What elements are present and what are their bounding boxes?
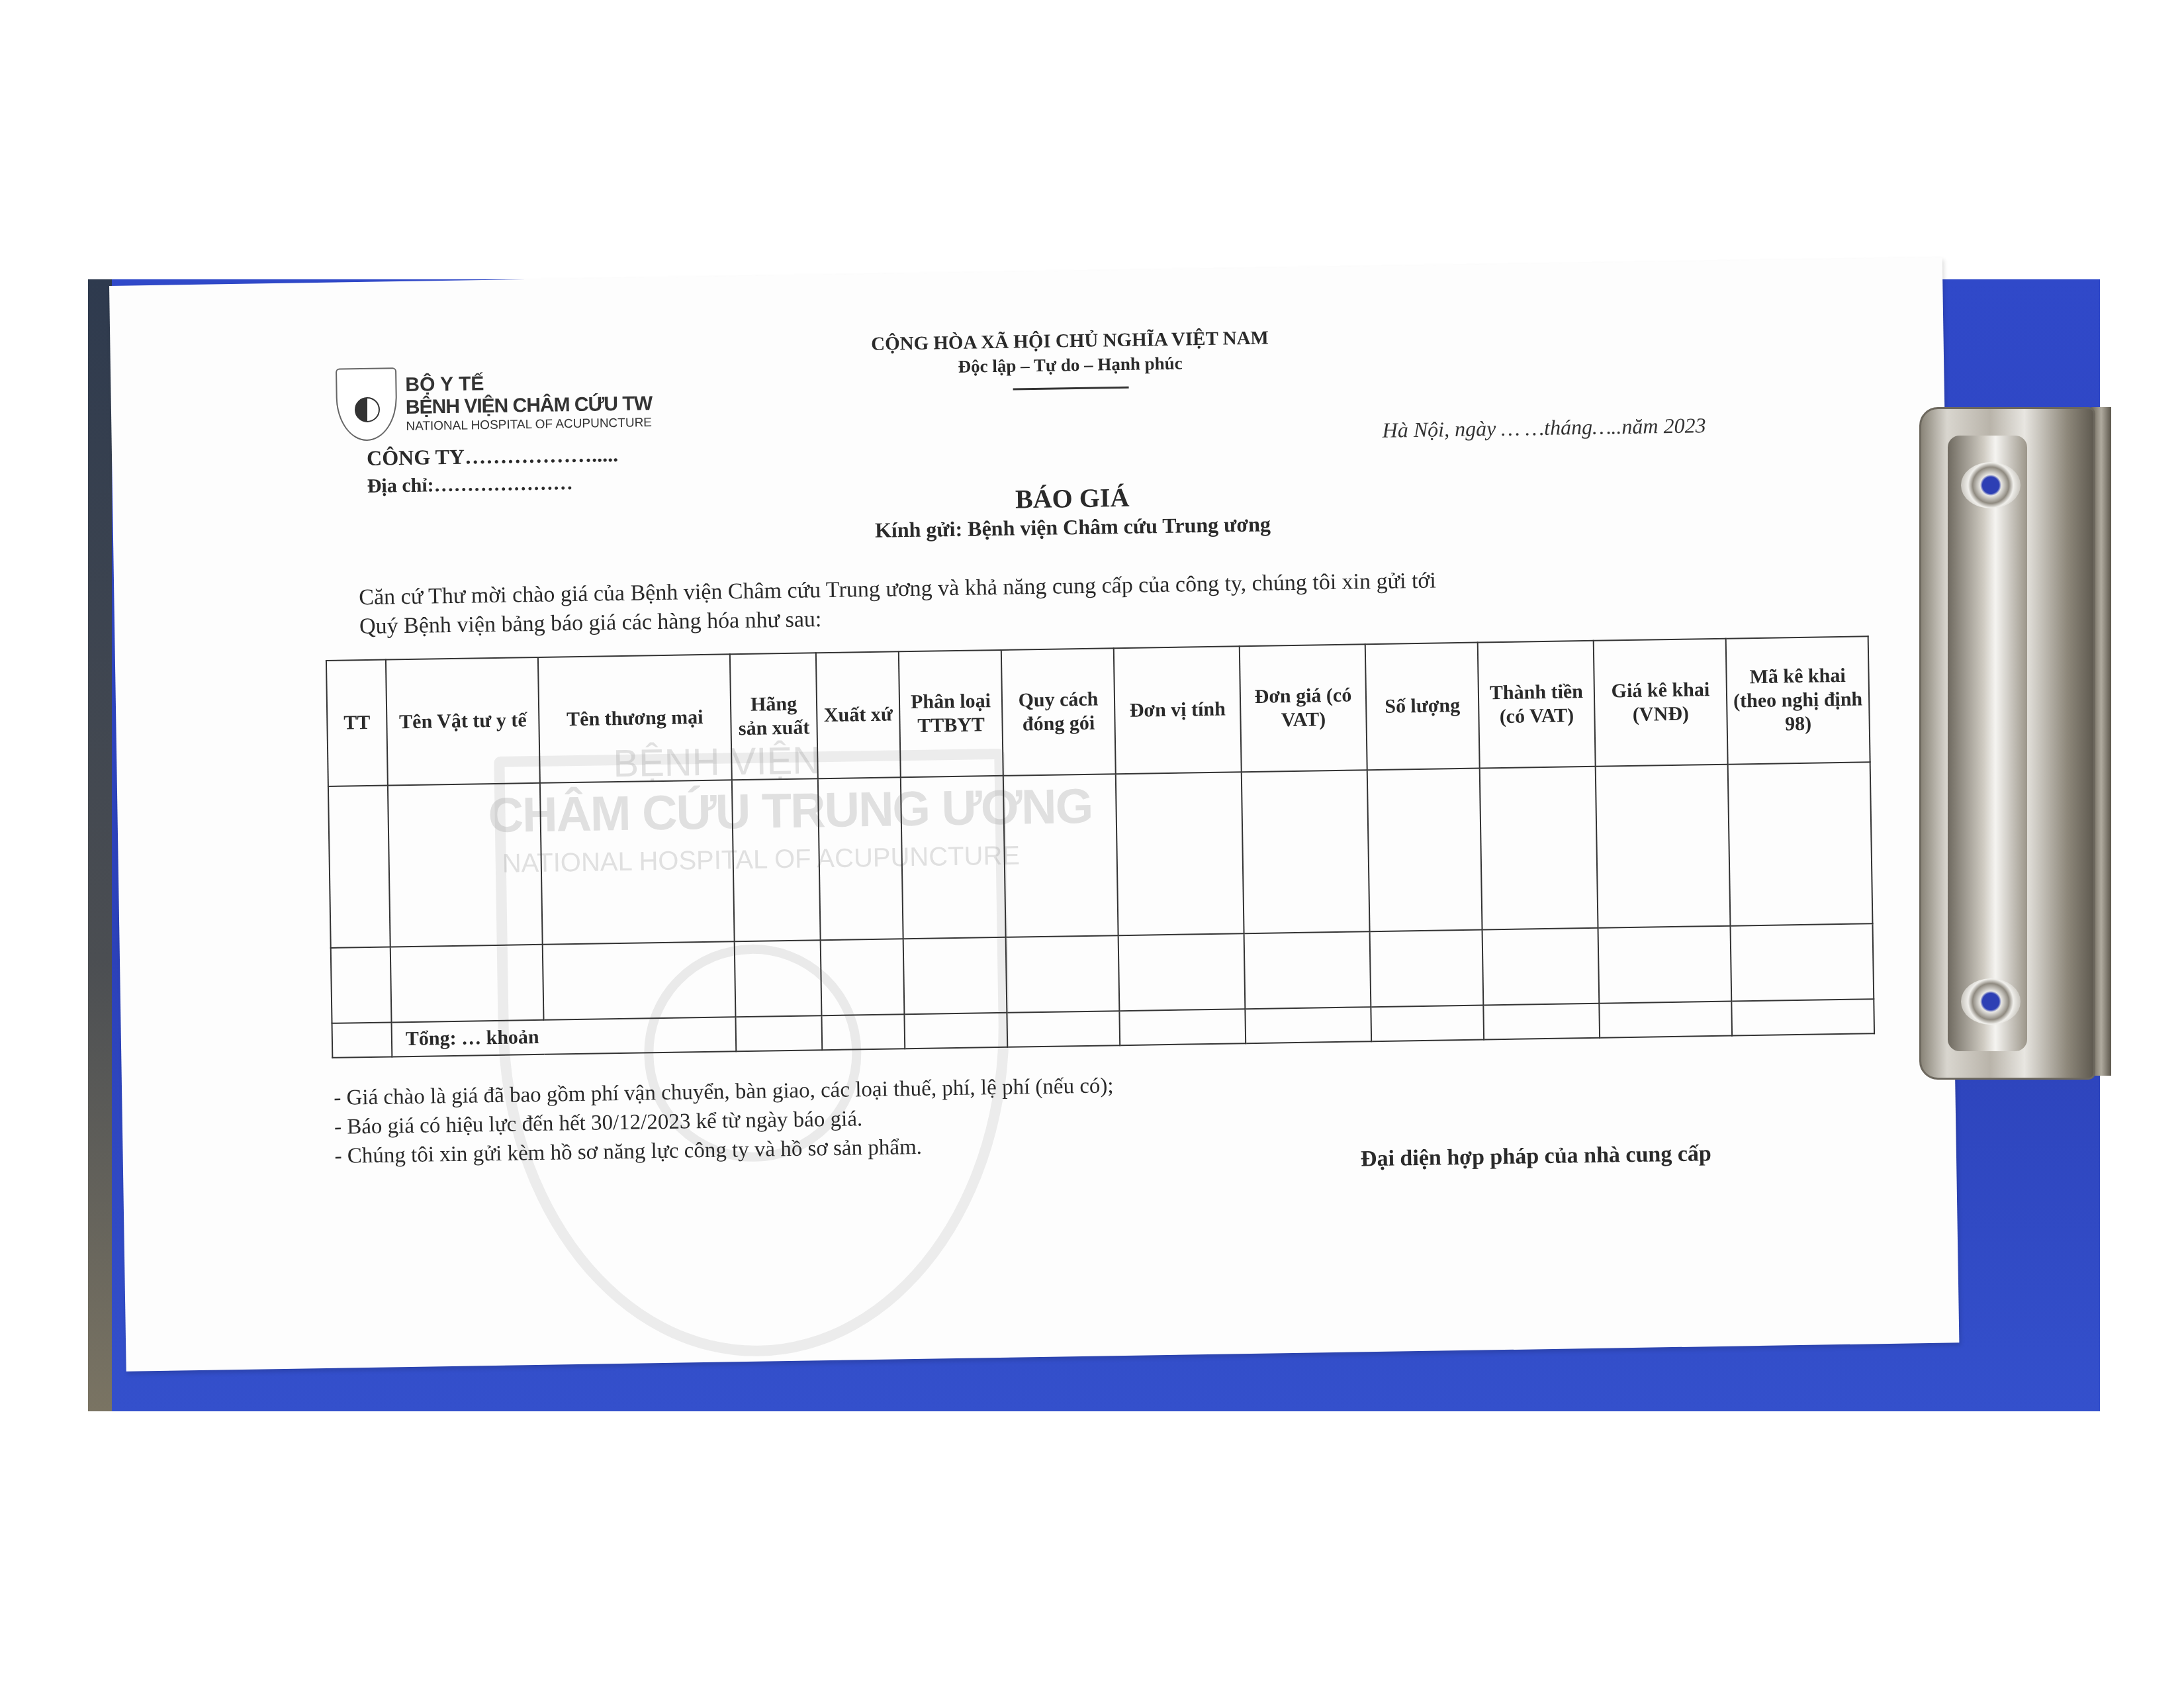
table-cell[interactable]	[1242, 770, 1370, 933]
hospital-name: BỆNH VIỆN CHÂM CỨU TW	[406, 393, 653, 419]
total-cell	[1599, 1002, 1732, 1038]
clipboard-clip	[1919, 407, 2095, 1080]
table-cell[interactable]	[1480, 767, 1598, 930]
total-cell	[1483, 1004, 1600, 1040]
notes-list: - Giá chào là giá đã bao gồm phí vận chu…	[334, 1071, 1115, 1170]
clipboard-edge	[88, 279, 112, 1411]
column-header: Tên thương mại	[538, 654, 732, 783]
table-cell[interactable]	[1244, 931, 1371, 1009]
rivet-icon	[1961, 978, 2021, 1025]
column-header: TT	[326, 660, 388, 786]
total-cell	[904, 1013, 1007, 1049]
table-cell[interactable]	[388, 783, 543, 947]
column-header: Số lượng	[1365, 643, 1480, 771]
table-cell[interactable]	[390, 945, 544, 1023]
hospital-logo-icon	[336, 367, 396, 441]
table-cell[interactable]	[1482, 928, 1600, 1006]
table-cell[interactable]	[1728, 762, 1873, 925]
intro-paragraph: Căn cứ Thư mời chào giá của Bệnh viện Ch…	[359, 561, 1815, 642]
total-index-cell	[332, 1022, 392, 1057]
column-header: Hãng sản xuất	[730, 653, 818, 780]
table-cell[interactable]	[821, 939, 905, 1015]
clip-lever	[1948, 436, 2027, 1051]
column-header: Giá kê khai (VNĐ)	[1594, 639, 1728, 767]
company-field: CÔNG TY……………….....	[367, 442, 618, 471]
total-cell	[1007, 1011, 1120, 1047]
table-cell[interactable]	[543, 941, 736, 1020]
national-header: CỘNG HÒA XÃ HỘI CHỦ NGHĨA VIỆT NAM Độc l…	[772, 326, 1368, 394]
table-cell[interactable]	[732, 778, 821, 941]
date-line: Hà Nội, ngày … …tháng…..năm 2023	[1382, 413, 1706, 443]
quotation-table: TTTên Vật tư y tếTên thương mạiHãng sản …	[326, 635, 1875, 1058]
column-header: Mã kê khai (theo nghị định 98)	[1726, 636, 1870, 764]
hospital-letterhead: BỘ Y TẾ BỆNH VIỆN CHÂM CỨU TW NATIONAL H…	[405, 370, 653, 435]
table-cell[interactable]	[1598, 926, 1732, 1004]
table-cell[interactable]	[735, 940, 822, 1017]
table-cell[interactable]	[1730, 923, 1874, 1001]
table-cell[interactable]	[1370, 930, 1484, 1008]
table-cell[interactable]	[1006, 935, 1120, 1013]
table-cell[interactable]	[818, 777, 903, 940]
table-cell[interactable]	[540, 780, 735, 945]
total-cell	[1119, 1009, 1246, 1045]
total-cell	[1245, 1007, 1371, 1043]
column-header: Quy cách đóng gói	[1001, 648, 1116, 776]
table-cell[interactable]	[903, 937, 1007, 1014]
signature-label: Đại diện hợp pháp của nhà cung cấp	[1361, 1141, 1712, 1172]
table-cell[interactable]	[1596, 765, 1731, 928]
total-cell	[1731, 999, 1874, 1035]
total-cell	[821, 1014, 905, 1050]
document-title-block: BÁO GIÁ Kính gửi: Bệnh viện Châm cứu Tru…	[774, 478, 1371, 544]
header-divider	[1013, 387, 1128, 391]
table-row	[328, 762, 1873, 948]
table-cell[interactable]	[1118, 933, 1246, 1011]
table-cell[interactable]	[901, 776, 1006, 939]
table-cell[interactable]	[1116, 772, 1244, 935]
quotation-sheet: BỆNH VIỆN CHÂM CỨU TRUNG ƯƠNG NATIONAL H…	[109, 257, 1959, 1371]
column-header: Xuất xứ	[816, 651, 901, 778]
table-cell[interactable]	[328, 785, 390, 947]
column-header: Tên Vật tư y tế	[386, 657, 540, 786]
total-cell	[1371, 1006, 1484, 1042]
hospital-name-en: NATIONAL HOSPITAL OF ACUPUNCTURE	[406, 415, 653, 435]
total-label: Tổng: … khoản	[392, 1017, 737, 1056]
column-header: Đơn vị tính	[1114, 646, 1242, 774]
column-header: Thành tiền (có VAT)	[1478, 641, 1596, 769]
table-cell[interactable]	[1003, 774, 1118, 937]
quotation-table-wrap: TTTên Vật tư y tếTên thương mạiHãng sản …	[326, 635, 1874, 1058]
table-cell[interactable]	[1367, 769, 1482, 932]
ministry-name: BỘ Y TẾ	[405, 370, 652, 397]
table-cell[interactable]	[331, 947, 392, 1023]
total-cell	[735, 1015, 822, 1051]
table-header-row: TTTên Vật tư y tếTên thương mạiHãng sản …	[326, 636, 1870, 786]
address-field: Địa chỉ:…………………	[367, 472, 573, 498]
rivet-icon	[1961, 462, 2021, 508]
column-header: Phân loại TTBYT	[899, 650, 1003, 777]
column-header: Đơn giá (có VAT)	[1240, 644, 1367, 772]
